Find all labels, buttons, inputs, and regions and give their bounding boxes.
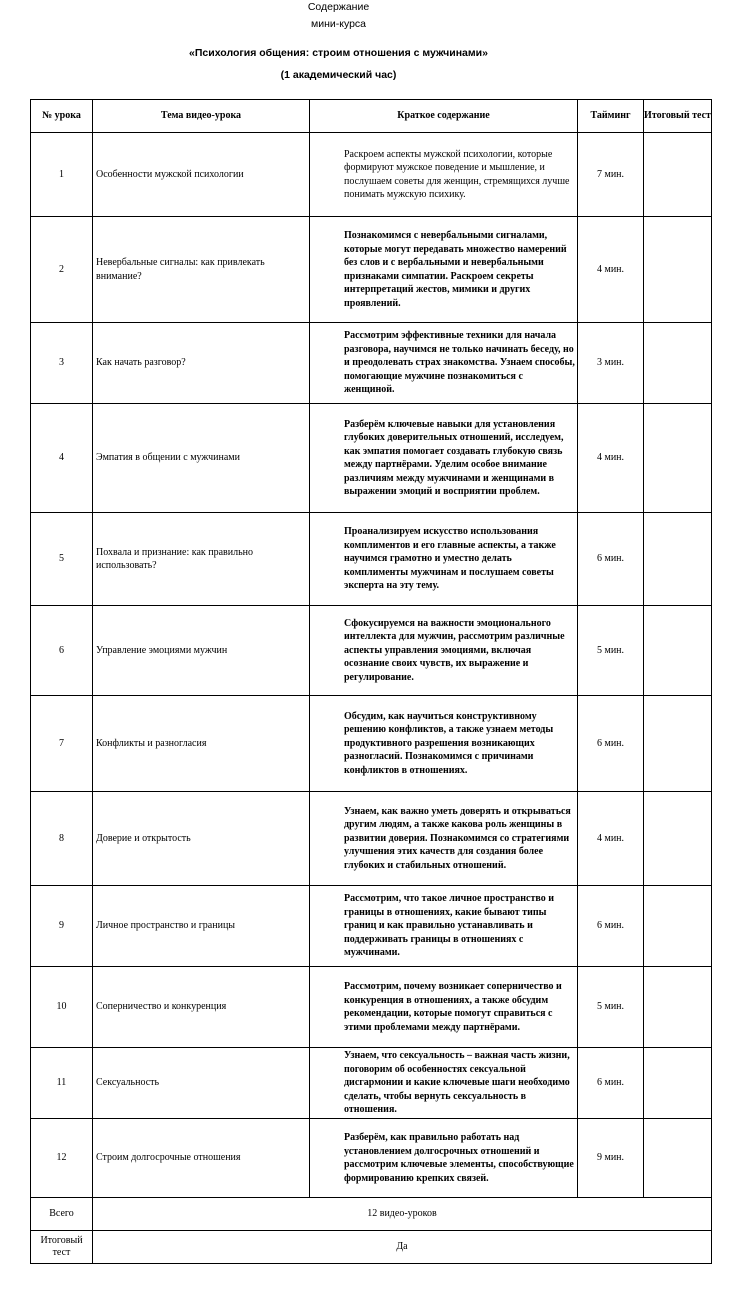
header-lesson-number: № урока: [31, 100, 93, 133]
lesson-topic: Похвала и признание: как правильно испол…: [93, 513, 310, 606]
lesson-timing: 5 мин.: [578, 606, 644, 696]
lesson-summary: Разберём, как правильно работать над уст…: [310, 1119, 578, 1198]
header-summary: Краткое содержание: [310, 100, 578, 133]
table-row: 2Невербальные сигналы: как привлекать вн…: [31, 217, 712, 323]
lesson-final-test: [644, 1048, 712, 1119]
lesson-timing: 5 мин.: [578, 967, 644, 1048]
lesson-timing: 9 мин.: [578, 1119, 644, 1198]
lesson-timing: 6 мин.: [578, 696, 644, 792]
lesson-topic: Как начать разговор?: [93, 323, 310, 404]
lesson-summary: Проанализируем искусство использования к…: [310, 513, 578, 606]
lesson-number: 3: [31, 323, 93, 404]
lesson-topic: Особенности мужской психологии: [93, 133, 310, 217]
lesson-number: 5: [31, 513, 93, 606]
lesson-topic: Конфликты и разногласия: [93, 696, 310, 792]
table-row: 8Доверие и открытостьУзнаем, как важно у…: [31, 792, 712, 886]
lesson-topic: Невербальные сигналы: как привлекать вни…: [93, 217, 310, 323]
lesson-number: 2: [31, 217, 93, 323]
lesson-final-test: [644, 967, 712, 1048]
lesson-timing: 3 мин.: [578, 323, 644, 404]
lesson-summary: Разберём ключевые навыки для установлени…: [310, 404, 578, 513]
lesson-summary: Узнаем, что сексуальность – важная часть…: [310, 1048, 578, 1119]
lesson-summary: Узнаем, как важно уметь доверять и откры…: [310, 792, 578, 886]
table-row: 3Как начать разговор?Рассмотрим эффектив…: [31, 323, 712, 404]
lesson-final-test: [644, 886, 712, 967]
table-row: 6Управление эмоциями мужчинСфокусируемся…: [31, 606, 712, 696]
lesson-plan-table: № урока Тема видео-урока Краткое содержа…: [30, 99, 712, 1264]
course-duration: (1 академический час): [0, 68, 709, 82]
lesson-summary: Сфокусируемся на важности эмоционального…: [310, 606, 578, 696]
lesson-topic: Доверие и открытость: [93, 792, 310, 886]
table-row: 7Конфликты и разногласияОбсудим, как нау…: [31, 696, 712, 792]
lesson-final-test: [644, 404, 712, 513]
lesson-topic: Соперничество и конкуренция: [93, 967, 310, 1048]
table-row: 10Соперничество и конкуренцияРассмотрим,…: [31, 967, 712, 1048]
lesson-final-test: [644, 1119, 712, 1198]
lesson-summary: Рассмотрим, что такое личное пространств…: [310, 886, 578, 967]
lesson-final-test: [644, 513, 712, 606]
table-row: 4Эмпатия в общении с мужчинамиРазберём к…: [31, 404, 712, 513]
lesson-final-test: [644, 323, 712, 404]
lesson-final-test: [644, 696, 712, 792]
lesson-summary: Рассмотрим, почему возникает соперничест…: [310, 967, 578, 1048]
lesson-timing: 7 мин.: [578, 133, 644, 217]
header-timing: Тайминг: [578, 100, 644, 133]
lesson-summary: Обсудим, как научиться конструктивному р…: [310, 696, 578, 792]
lesson-topic: Управление эмоциями мужчин: [93, 606, 310, 696]
lesson-number: 7: [31, 696, 93, 792]
table-row: 12Строим долгосрочные отношенияРазберём,…: [31, 1119, 712, 1198]
table-row: 5Похвала и признание: как правильно испо…: [31, 513, 712, 606]
total-row: Всего 12 видео-уроков: [31, 1198, 712, 1231]
lesson-topic: Сексуальность: [93, 1048, 310, 1119]
lesson-number: 6: [31, 606, 93, 696]
lesson-final-test: [644, 606, 712, 696]
lesson-summary: Раскроем аспекты мужской психологии, кот…: [310, 133, 578, 217]
total-value: 12 видео-уроков: [93, 1198, 712, 1231]
lesson-final-test: [644, 792, 712, 886]
lesson-timing: 4 мин.: [578, 792, 644, 886]
lesson-topic: Личное пространство и границы: [93, 886, 310, 967]
lesson-number: 8: [31, 792, 93, 886]
lesson-number: 9: [31, 886, 93, 967]
lesson-summary: Познакомимся с невербальными сигналами, …: [310, 217, 578, 323]
course-name: «Психология общения: строим отношения с …: [0, 46, 709, 60]
total-label: Всего: [31, 1198, 93, 1231]
lesson-number: 11: [31, 1048, 93, 1119]
lesson-final-test: [644, 133, 712, 217]
final-test-row: Итоговый тест Да: [31, 1231, 712, 1264]
table-header-row: № урока Тема видео-урока Краткое содержа…: [31, 100, 712, 133]
header-final-test: Итоговый тест: [644, 100, 712, 133]
lesson-topic: Эмпатия в общении с мужчинами: [93, 404, 310, 513]
lesson-timing: 4 мин.: [578, 404, 644, 513]
document-title: Содержание: [0, 0, 709, 14]
final-test-label: Итоговый тест: [31, 1231, 93, 1264]
lesson-timing: 4 мин.: [578, 217, 644, 323]
lesson-number: 12: [31, 1119, 93, 1198]
table-row: 9Личное пространство и границыРассмотрим…: [31, 886, 712, 967]
lesson-number: 4: [31, 404, 93, 513]
header-topic: Тема видео-урока: [93, 100, 310, 133]
lesson-timing: 6 мин.: [578, 513, 644, 606]
lesson-final-test: [644, 217, 712, 323]
lesson-number: 10: [31, 967, 93, 1048]
lesson-number: 1: [31, 133, 93, 217]
lesson-topic: Строим долгосрочные отношения: [93, 1119, 310, 1198]
table-row: 1Особенности мужской психологииРаскроем …: [31, 133, 712, 217]
final-test-value: Да: [93, 1231, 712, 1264]
lesson-summary: Рассмотрим эффективные техники для начал…: [310, 323, 578, 404]
lesson-timing: 6 мин.: [578, 1048, 644, 1119]
document-subtitle: мини-курса: [0, 17, 709, 31]
lesson-timing: 6 мин.: [578, 886, 644, 967]
table-row: 11СексуальностьУзнаем, что сексуальность…: [31, 1048, 712, 1119]
